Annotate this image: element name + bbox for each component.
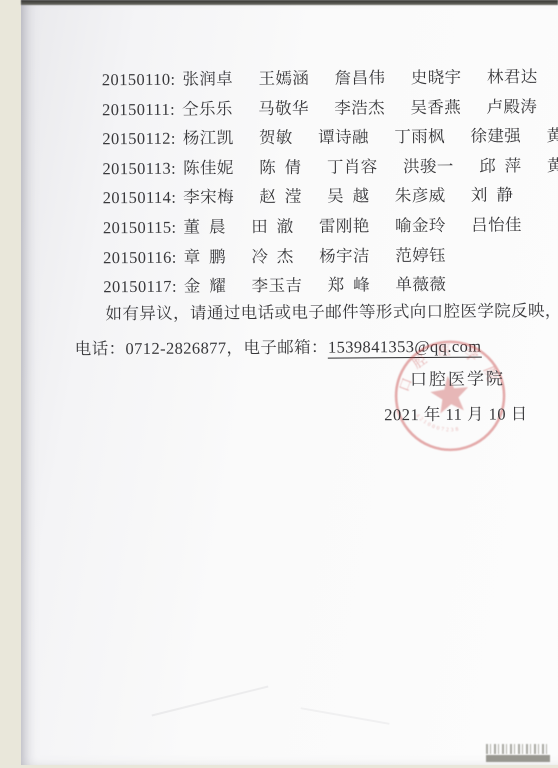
department-signature: 口腔医学院 bbox=[410, 364, 505, 390]
roster-row: 20150115:董 晨 田 澈 雷刚艳 喻金玲 吕怡佳 bbox=[103, 210, 533, 243]
student-names: 李宋梅 赵 滢 吴 越 朱彦威 刘 静 bbox=[183, 186, 513, 207]
roster-row: 20150114:李宋梅 赵 滢 吴 越 朱彦威 刘 静 bbox=[103, 181, 533, 214]
email-label: 电子邮箱： bbox=[243, 338, 328, 358]
student-id: 20150114: bbox=[103, 188, 177, 208]
student-id: 20150113: bbox=[102, 158, 176, 178]
roster-row: 20150113:陈佳妮 陈 倩 丁肖容 洪骏一 邱 萍 黄成忠 bbox=[102, 151, 532, 184]
phone-number: 0712-2826877， bbox=[125, 338, 243, 358]
student-names: 章 鹏 冷 杰 杨宇洁 范婷钰 bbox=[184, 245, 446, 266]
phone-label: 电话： bbox=[75, 339, 126, 358]
watermark bbox=[486, 744, 550, 762]
roster-row: 20150111:仝乐乐 马敬华 李浩杰 吴香燕 卢殿涛 刘攀 bbox=[102, 92, 532, 125]
student-id: 20150110: bbox=[102, 70, 176, 90]
student-names: 金 耀 李玉吉 郑 峰 单薇薇 bbox=[184, 275, 446, 296]
student-roster: 20150110:张润卓 王嫣涵 詹昌伟 史晓宇 林君达 黄婷 20150111… bbox=[102, 62, 534, 302]
student-id: 20150116: bbox=[103, 247, 177, 267]
watermark-bar bbox=[486, 755, 550, 762]
student-id: 20150117: bbox=[103, 277, 177, 297]
student-names: 杨江凯 贺敏 谭诗融 丁雨枫 徐建强 黄丽莹 bbox=[183, 126, 558, 148]
student-id: 20150111: bbox=[102, 99, 175, 119]
student-id: 20150115: bbox=[103, 218, 177, 238]
student-names: 董 晨 田 澈 雷刚艳 喻金玲 吕怡佳 bbox=[183, 215, 522, 236]
student-names: 仝乐乐 马敬华 李浩杰 吴香燕 卢殿涛 刘攀 bbox=[182, 96, 558, 118]
roster-row: 20150112:杨江凯 贺敏 谭诗融 丁雨枫 徐建强 黄丽莹 bbox=[102, 121, 532, 154]
document-content: 20150110:张润卓 王嫣涵 詹昌伟 史晓宇 林君达 黄婷 20150111… bbox=[0, 0, 558, 768]
watermark-text-blurred bbox=[486, 744, 550, 754]
roster-row: 20150116:章 鹏 冷 杰 杨宇洁 范婷钰 bbox=[103, 240, 533, 273]
official-seal-stamp: 口腔医学院 4210007238 bbox=[375, 320, 526, 471]
roster-row: 20150110:张润卓 王嫣涵 詹昌伟 史晓宇 林君达 黄婷 bbox=[102, 62, 532, 95]
student-id: 20150112: bbox=[102, 129, 176, 149]
student-names: 张润卓 王嫣涵 詹昌伟 史晓宇 林君达 黄婷 bbox=[182, 67, 558, 89]
student-names: 陈佳妮 陈 倩 丁肖容 洪骏一 邱 萍 黄成忠 bbox=[183, 156, 558, 178]
document-date: 2021 年 11 月 10 日 bbox=[384, 400, 528, 425]
